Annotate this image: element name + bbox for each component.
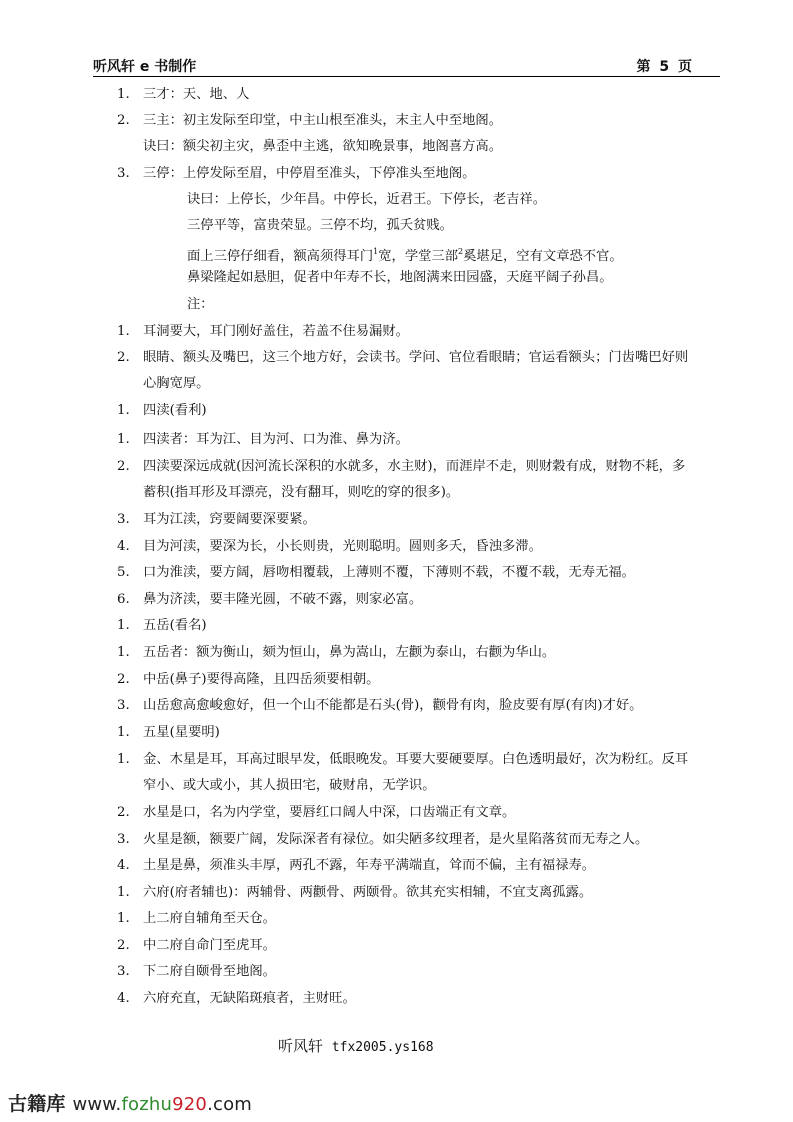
list-number: 1. (117, 884, 130, 902)
line-text: 土星是鼻，须准头丰厚，两孔不露，年寿平满端直，耸而不偏，主有福禄寿。 (143, 857, 595, 875)
line-text: 中岳(鼻子)要得高隆，且四岳须要相朝。 (143, 671, 379, 689)
line-text: 三停：上停发际至眉，中停眉至准头，下停准头至地阁。 (143, 165, 475, 183)
line-text: 窄小、或大或小，其人损田宅，破财帛，无学识。 (143, 777, 436, 795)
line-text: 注： (187, 296, 214, 314)
list-number: 5. (117, 564, 130, 582)
list-number: 3. (117, 831, 130, 849)
page-footer: 听风轩 tfx2005.ys168 (278, 1035, 434, 1056)
line-text: 五星(星要明) (143, 724, 220, 742)
line-text: 六府充直，无缺陷斑痕者，主财旺。 (143, 990, 356, 1008)
line-text: 耳为江渎，窍要阔要深要紧。 (143, 511, 316, 529)
header-title: 听风轩 e 书制作 (93, 56, 196, 76)
line-text: 鼻为济渎，要丰隆光圆，不破不露，则家必富。 (143, 591, 422, 609)
line-text: 蓄积(指耳形及耳漂亮，没有翻耳，则吃的穿的很多)。 (143, 484, 459, 502)
list-number: 3. (117, 963, 130, 981)
list-number: 4. (117, 538, 130, 556)
list-number: 2. (117, 112, 130, 130)
line-text: 四渎要深远成就(因河流长深积的水就多，水主财)，而涯岸不走，则财穀有成，财物不耗… (143, 458, 685, 476)
list-number: 2. (117, 804, 130, 822)
line-text: 五岳(看名) (143, 617, 207, 635)
list-number: 1. (117, 910, 130, 928)
line-text: 诀曰：额尖初主灾，鼻歪中主逃，欲知晚景事，地阁喜方高。 (143, 138, 502, 156)
line-text: 六府(府者辅也)：两辅骨、两颧骨、两颐骨。欲其充实相辅，不宜支离孤露。 (143, 884, 592, 902)
list-number: 1. (117, 724, 130, 742)
line-text: 三停平等，富贵荣显。三停不均，孤夭贫贱。 (187, 217, 453, 235)
watermark-domain: www.fozhu920.com (72, 1094, 252, 1115)
line-text: 五岳者：额为衡山，颏为恒山，鼻为嵩山，左颧为泰山，右颧为华山。 (143, 644, 555, 662)
footnote-marker: 1 (373, 247, 378, 256)
line-text: 山岳愈高愈峻愈好，但一个山不能都是石头(骨)，颧骨有肉，脸皮要有厚(有肉)才好。 (143, 697, 642, 715)
list-number: 1. (117, 402, 130, 420)
line-text: 心胸宽厚。 (143, 375, 209, 393)
list-number: 2. (117, 349, 130, 367)
list-number: 3. (117, 697, 130, 715)
line-text: 口为淮渎，要方阔，唇吻相覆载，上薄则不覆，下薄则不载，不覆不载，无寿无福。 (143, 564, 635, 582)
line-text: 面上三停仔细看，额高须得耳门1宽，学堂三部2奚堪足，空有文章恐不官。 (187, 243, 623, 266)
footer-code: tfx2005.ys168 (332, 1040, 434, 1055)
line-text: 上二府自辅角至天仓。 (143, 910, 276, 928)
list-number: 6. (117, 591, 130, 609)
list-number: 2. (117, 937, 130, 955)
line-text: 目为河渎，要深为长，小长则贵，光则聪明。圆则多夭，昏浊多滞。 (143, 538, 542, 556)
page-number: 第 5 页 (637, 56, 695, 76)
list-number: 1. (117, 751, 130, 769)
line-text: 四渎(看利) (143, 402, 207, 420)
line-text: 诀曰：上停长，少年昌。中停长，近君王。下停长，老吉祥。 (187, 191, 546, 209)
footnote-marker: 2 (458, 247, 463, 256)
list-number: 1. (117, 431, 130, 449)
line-text: 火星是额，额要广阔，发际深者有禄位。如尖陋多纹理者，是火星陷落贫而无寿之人。 (143, 831, 648, 849)
list-number: 2. (117, 671, 130, 689)
line-text: 鼻梁隆起如悬胆，促者中年寿不长，地阁满来田园盛，天庭平阔子孙昌。 (187, 269, 613, 287)
list-number: 1. (117, 323, 130, 341)
line-text: 眼睛、额头及嘴巴，这三个地方好，会读书。学问、官位看眼睛；官运看额头；门齿嘴巴好… (143, 349, 688, 367)
line-text: 耳洞要大，耳门刚好盖住，若盖不住易漏财。 (143, 323, 409, 341)
list-number: 4. (117, 857, 130, 875)
list-number: 1. (117, 86, 130, 104)
line-text: 三主：初主发际至印堂，中主山根至准头，末主人中至地阁。 (143, 112, 502, 130)
footer-name: 听风轩 (278, 1037, 323, 1055)
line-text: 三才：天、地、人 (143, 86, 249, 104)
list-number: 3. (117, 165, 130, 183)
line-text: 下二府自颐骨至地阁。 (143, 963, 276, 981)
line-text: 四渎者：耳为江、目为河、口为淮、鼻为济。 (143, 431, 409, 449)
list-number: 4. (117, 990, 130, 1008)
line-text: 水星是口，名为内学堂，要唇红口阔人中深，口齿端正有文章。 (143, 804, 515, 822)
line-text: 中二府自命门至虎耳。 (143, 937, 276, 955)
line-text: 金、木星是耳，耳高过眼早发，低眼晚发。耳要大要硬要厚。白色透明最好，次为粉红。反… (143, 751, 688, 769)
page-header: 听风轩 e 书制作 第 5 页 (93, 56, 720, 77)
list-number: 3. (117, 511, 130, 529)
list-number: 2. (117, 458, 130, 476)
watermark: 古籍库 www.fozhu920.com (8, 1089, 252, 1116)
list-number: 1. (117, 617, 130, 635)
watermark-label: 古籍库 (8, 1093, 66, 1115)
list-number: 1. (117, 644, 130, 662)
